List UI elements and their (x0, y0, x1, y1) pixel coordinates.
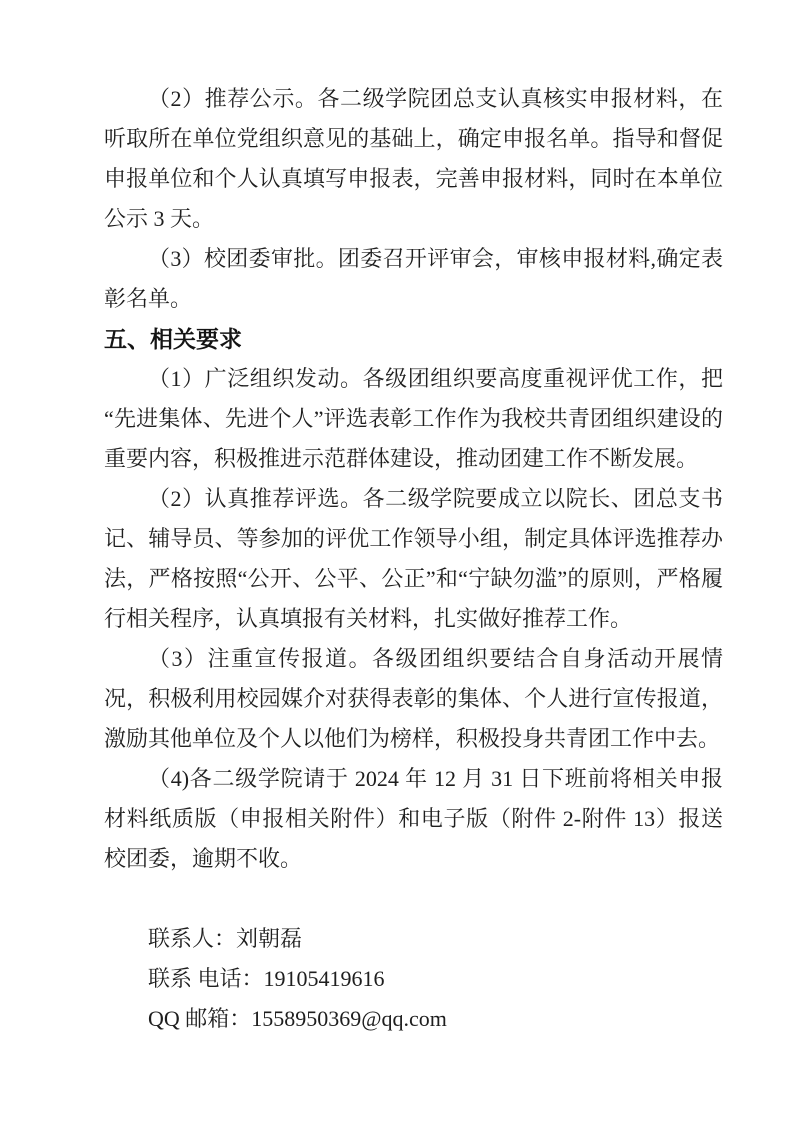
paragraph-committee-approval: （3）校团委审批。团委召开评审会，审核申报材料,确定表彰名单。 (104, 239, 723, 319)
contact-phone-line: 联系 电话：19105419616 (104, 959, 723, 999)
contact-email-line: QQ 邮箱：1558950369@qq.com (104, 999, 723, 1039)
paragraph-careful-recommendation: （2）认真推荐评选。各二级学院要成立以院长、团总支书记、辅导员、等参加的评优工作… (104, 479, 723, 639)
paragraph-broad-mobilization: （1）广泛组织发动。各级团组织要高度重视评优工作，把“先进集体、先进个人”评选表… (104, 359, 723, 479)
paragraph-recommend-publicity: （2）推荐公示。各二级学院团总支认真核实申报材料，在听取所在单位党组织意见的基础… (104, 79, 723, 239)
contact-person-line: 联系人：刘朝磊 (104, 919, 723, 959)
paragraph-publicity-reporting: （3）注重宣传报道。各级团组织要结合自身活动开展情况，积极利用校园媒介对获得表彰… (104, 639, 723, 759)
blank-line (104, 879, 723, 919)
document-page: （2）推荐公示。各二级学院团总支认真核实申报材料，在听取所在单位党组织意见的基础… (0, 0, 793, 1122)
section-heading-related-requirements: 五、相关要求 (104, 319, 723, 359)
paragraph-submission-deadline: （4)各二级学院请于 2024 年 12 月 31 日下班前将相关申报材料纸质版… (104, 759, 723, 879)
